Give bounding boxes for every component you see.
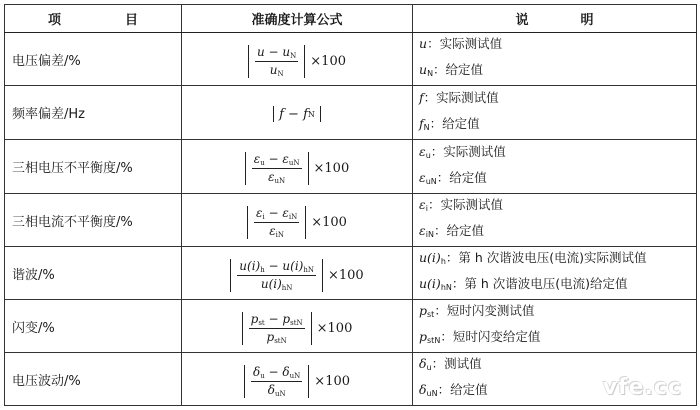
description-line: f：实际测试值 xyxy=(419,87,696,113)
formula: f − fN xyxy=(273,106,321,122)
formula-cell: δu − δuN δuN ×100 xyxy=(182,353,413,406)
description-text: ：实际测试值 xyxy=(428,197,503,212)
header-item: 项目 xyxy=(5,5,182,33)
fraction: pst − pstN pstN xyxy=(249,312,305,345)
description-line: εi：实际测试值 xyxy=(419,194,696,220)
numerator: δu − δuN xyxy=(251,365,302,382)
formula: εu − εuN εuN ×100 xyxy=(245,152,349,185)
multiplier: ×100 xyxy=(314,374,350,389)
header-description: 说明 xyxy=(413,5,697,33)
symbol: ε xyxy=(419,170,426,185)
absolute-value: f − fN xyxy=(273,106,321,122)
fraction: εu − εuN εuN xyxy=(252,152,302,185)
symbol-subscript: hN xyxy=(441,283,452,292)
description-text: ：给定值 xyxy=(433,62,483,77)
denominator: pstN xyxy=(267,329,287,345)
formula: pst − pstN pstN ×100 xyxy=(242,312,353,345)
accuracy-formula-table: 项目 准确度计算公式 说明 电压偏差/% u − uN uN ×100 u：实际… xyxy=(4,4,697,406)
fraction: εi − εiN εiN xyxy=(254,206,299,239)
description-cell: f：实际测试值fN：给定值 xyxy=(413,86,697,140)
description-text: ：给定值 xyxy=(438,382,488,397)
header-item-char-1: 项 xyxy=(48,13,61,28)
watermark: vfe.cc xyxy=(603,375,682,400)
formula-cell: εi − εiN εiN ×100 xyxy=(182,194,413,247)
description-text: ：第 h 次谐波电压(电流)实际测试值 xyxy=(446,250,647,265)
description-line: εu：实际测试值 xyxy=(419,141,696,167)
item-name: 三相电流不平衡度/% xyxy=(5,194,182,247)
description-line: u(i)hN：第 h 次谐波电压(电流)给定值 xyxy=(419,273,696,299)
denominator: uN xyxy=(270,62,284,78)
symbol: δ xyxy=(419,356,427,371)
table-row: 电压波动/% δu − δuN δuN ×100 δu：测试值δuN：给定值 xyxy=(5,353,697,406)
fraction: u(i)h − u(i)hN u(i)hN xyxy=(237,259,316,292)
header-item-char-2: 目 xyxy=(125,13,138,28)
table-row: 频率偏差/Hz f − fN f：实际测试值fN：给定值 xyxy=(5,86,697,140)
description-text: ：测试值 xyxy=(432,356,482,371)
description-text: ：短时闪变测试值 xyxy=(434,303,534,318)
table-header-row: 项目 准确度计算公式 说明 xyxy=(5,5,697,33)
numerator: u(i)h − u(i)hN xyxy=(237,259,316,276)
denominator: δuN xyxy=(268,382,286,398)
absolute-value: pst − pstN pstN xyxy=(242,312,312,345)
item-name: 电压偏差/% xyxy=(5,33,182,86)
item-name: 频率偏差/Hz xyxy=(5,86,182,140)
formula-term: f xyxy=(279,107,284,122)
description-line: fN：给定值 xyxy=(419,113,696,139)
formula-cell: u − uN uN ×100 xyxy=(182,33,413,86)
item-name: 三相电压不平衡度/% xyxy=(5,140,182,194)
denominator: εuN xyxy=(268,169,285,185)
description-line: u(i)h：第 h 次谐波电压(电流)实际测试值 xyxy=(419,247,696,273)
absolute-value: u − uN uN xyxy=(248,45,305,78)
numerator: u − uN xyxy=(255,45,298,62)
numerator: εu − εuN xyxy=(252,152,302,169)
table-row: 三相电流不平衡度/% εi − εiN εiN ×100 εi：实际测试值εiN… xyxy=(5,194,697,247)
formula-subscript: N xyxy=(308,110,315,119)
description-cell: εi：实际测试值εiN：给定值 xyxy=(413,194,697,247)
symbol: δ xyxy=(419,382,427,397)
symbol-subscript: uN xyxy=(427,389,438,398)
symbol: ε xyxy=(419,223,426,238)
table-row: 闪变/% pst − pstN pstN ×100 pst：短时闪变测试值pst… xyxy=(5,300,697,353)
header-desc-char-2: 明 xyxy=(581,13,594,28)
symbol: u xyxy=(419,36,427,51)
item-name: 闪变/% xyxy=(5,300,182,353)
absolute-value: εi − εiN εiN xyxy=(247,206,306,239)
description-text: ：给定值 xyxy=(437,170,487,185)
symbol: ε xyxy=(419,144,426,159)
description-cell: u：实际测试值uN：给定值 xyxy=(413,33,697,86)
fraction: u − uN uN xyxy=(255,45,298,78)
description-cell: εu：实际测试值εuN：给定值 xyxy=(413,140,697,194)
description-cell: u(i)h：第 h 次谐波电压(电流)实际测试值u(i)hN：第 h 次谐波电压… xyxy=(413,247,697,300)
table-row: 电压偏差/% u − uN uN ×100 u：实际测试值uN：给定值 xyxy=(5,33,697,86)
denominator: u(i)hN xyxy=(261,276,293,292)
denominator: εiN xyxy=(269,223,284,239)
multiplier: ×100 xyxy=(310,54,346,69)
description-cell: pst：短时闪变测试值pstN：短时闪变给定值 xyxy=(413,300,697,353)
multiplier: ×100 xyxy=(317,321,353,336)
symbol: p xyxy=(419,329,427,344)
symbol-subscript: uN xyxy=(426,177,437,186)
formula: u(i)h − u(i)hN u(i)hN ×100 xyxy=(230,259,363,292)
absolute-value: u(i)h − u(i)hN u(i)hN xyxy=(230,259,323,292)
multiplier: ×100 xyxy=(328,268,364,283)
table-row: 三相电压不平衡度/% εu − εuN εuN ×100 εu：实际测试值εuN… xyxy=(5,140,697,194)
absolute-value: εu − εuN εuN xyxy=(245,152,309,185)
description-text: ：第 h 次谐波电压(电流)给定值 xyxy=(452,276,628,291)
formula-cell: f − fN xyxy=(182,86,413,140)
description-line: u：实际测试值 xyxy=(419,33,696,59)
symbol: u xyxy=(419,62,427,77)
table-row: 谐波/% u(i)h − u(i)hN u(i)hN ×100 u(i)h：第 … xyxy=(5,247,697,300)
description-text: ：实际测试值 xyxy=(431,144,506,159)
item-name: 电压波动/% xyxy=(5,353,182,406)
header-formula: 准确度计算公式 xyxy=(182,5,413,33)
absolute-value: δu − δuN δuN xyxy=(244,365,309,398)
formula-cell: u(i)h − u(i)hN u(i)hN ×100 xyxy=(182,247,413,300)
formula: δu − δuN δuN ×100 xyxy=(244,365,350,398)
description-text: ：给定值 xyxy=(430,116,480,131)
symbol: p xyxy=(419,303,427,318)
description-line: pst：短时闪变测试值 xyxy=(419,300,696,326)
description-line: pstN：短时闪变给定值 xyxy=(419,326,696,352)
header-desc-char-1: 说 xyxy=(515,13,528,28)
symbol: u(i) xyxy=(419,250,441,265)
multiplier: ×100 xyxy=(314,161,350,176)
symbol: ε xyxy=(419,197,426,212)
item-name: 谐波/% xyxy=(5,247,182,300)
symbol: u(i) xyxy=(419,276,441,291)
description-text: ：短时闪变给定值 xyxy=(440,329,540,344)
description-line: uN：给定值 xyxy=(419,59,696,85)
description-text: ：实际测试值 xyxy=(424,90,499,105)
symbol-subscript: stN xyxy=(427,336,440,345)
description-text: ：实际测试值 xyxy=(427,36,502,51)
formula: εi − εiN εiN ×100 xyxy=(247,206,347,239)
formula: u − uN uN ×100 xyxy=(248,45,346,78)
description-text: ：给定值 xyxy=(434,223,484,238)
fraction: δu − δuN δuN xyxy=(251,365,302,398)
description-line: εuN：给定值 xyxy=(419,167,696,193)
description-line: εiN：给定值 xyxy=(419,220,696,246)
numerator: εi − εiN xyxy=(254,206,299,223)
formula-cell: pst − pstN pstN ×100 xyxy=(182,300,413,353)
formula-cell: εu − εuN εuN ×100 xyxy=(182,140,413,194)
symbol-subscript: iN xyxy=(426,230,434,239)
numerator: pst − pstN xyxy=(249,312,305,329)
multiplier: ×100 xyxy=(311,215,347,230)
